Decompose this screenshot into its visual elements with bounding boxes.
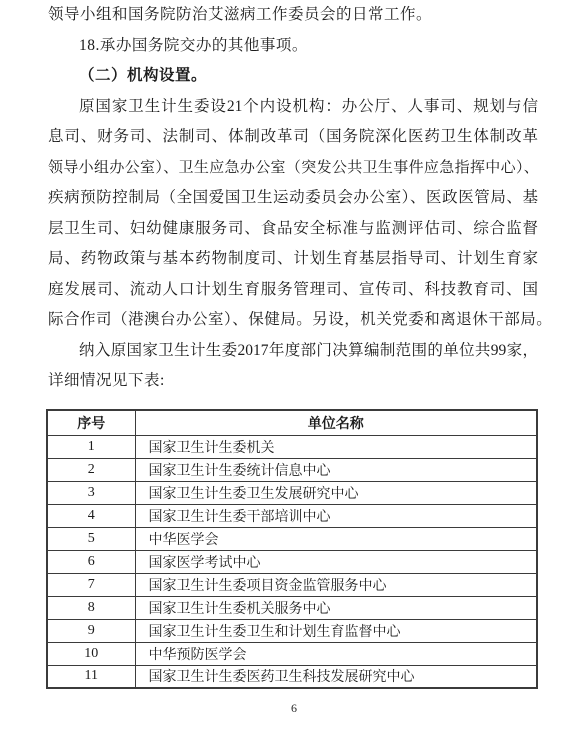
row-serial: 2 (47, 458, 135, 481)
row-serial: 6 (47, 550, 135, 573)
paragraph-line: 领导小组办公室）、卫生应急办公室（突发公共卫生事件应急指挥中心）、 (48, 153, 538, 184)
paragraph-line: 际合作司（港澳台办公室）、保健局。另设，机关党委和离退休干部局。 (48, 305, 538, 336)
row-unit-name: 国家卫生计生委机关服务中心 (135, 596, 537, 619)
row-unit-name: 国家卫生计生委卫生发展研究中心 (135, 481, 537, 504)
row-serial: 10 (47, 642, 135, 665)
row-serial: 8 (47, 596, 135, 619)
table-row: 11 国家卫生计生委医药卫生科技发展研究中心 (47, 665, 537, 688)
row-unit-name: 国家卫生计生委卫生和计划生育监督中心 (135, 619, 537, 642)
row-unit-name: 国家卫生计生委干部培训中心 (135, 504, 537, 527)
row-serial: 3 (47, 481, 135, 504)
units-table: 序号 单位名称 1 国家卫生计生委机关 2 国家卫生计生委统计信息中心 3 国家… (46, 409, 538, 689)
row-serial: 5 (47, 527, 135, 550)
row-unit-name: 中华医学会 (135, 527, 537, 550)
table-header-row: 序号 单位名称 (47, 410, 537, 435)
table-row: 9 国家卫生计生委卫生和计划生育监督中心 (47, 619, 537, 642)
paragraph-line: 层卫生司、妇幼健康服务司、食品安全标准与监测评估司、综合监督 (48, 214, 538, 245)
row-unit-name: 国家卫生计生委项目资金监管服务中心 (135, 573, 537, 596)
table-row: 8 国家卫生计生委机关服务中心 (47, 596, 537, 619)
row-serial: 1 (47, 435, 135, 458)
paragraph-line: 纳入原国家卫生计生委2017年度部门决算编制范围的单位共99家， (48, 336, 538, 367)
table-row: 1 国家卫生计生委机关 (47, 435, 537, 458)
row-serial: 4 (47, 504, 135, 527)
row-serial: 11 (47, 665, 135, 688)
table-row: 4 国家卫生计生委干部培训中心 (47, 504, 537, 527)
row-unit-name: 中华预防医学会 (135, 642, 537, 665)
paragraph-line: 领导小组和国务院防治艾滋病工作委员会的日常工作。 (48, 0, 538, 31)
row-unit-name: 国家医学考试中心 (135, 550, 537, 573)
column-header-serial: 序号 (47, 410, 135, 435)
table-row: 2 国家卫生计生委统计信息中心 (47, 458, 537, 481)
paragraph-line: 息司、财务司、法制司、体制改革司（国务院深化医药卫生体制改革 (48, 122, 538, 153)
row-serial: 9 (47, 619, 135, 642)
paragraph-line: 疾病预防控制局（全国爱国卫生运动委员会办公室）、医政医管局、基 (48, 183, 538, 214)
paragraph-line: 原国家卫生计生委设21个内设机构：办公厅、人事司、规划与信 (48, 92, 538, 123)
document-body: 领导小组和国务院防治艾滋病工作委员会的日常工作。 18.承办国务院交办的其他事项… (48, 0, 538, 397)
table-row: 5 中华医学会 (47, 527, 537, 550)
row-unit-name: 国家卫生计生委医药卫生科技发展研究中心 (135, 665, 537, 688)
table-row: 7 国家卫生计生委项目资金监管服务中心 (47, 573, 537, 596)
paragraph-line: 18.承办国务院交办的其他事项。 (48, 31, 538, 62)
page-number: 6 (0, 701, 588, 715)
table-row: 6 国家医学考试中心 (47, 550, 537, 573)
paragraph-line: 庭发展司、流动人口计划生育服务管理司、宣传司、科技教育司、国 (48, 275, 538, 306)
paragraph-line: 局、药物政策与基本药物制度司、计划生育基层指导司、计划生育家 (48, 244, 538, 275)
table-row: 10 中华预防医学会 (47, 642, 537, 665)
paragraph-line: 详细情况见下表: (48, 366, 538, 397)
table-row: 3 国家卫生计生委卫生发展研究中心 (47, 481, 537, 504)
row-serial: 7 (47, 573, 135, 596)
row-unit-name: 国家卫生计生委机关 (135, 435, 537, 458)
column-header-unit-name: 单位名称 (135, 410, 537, 435)
row-unit-name: 国家卫生计生委统计信息中心 (135, 458, 537, 481)
document-page: 领导小组和国务院防治艾滋病工作委员会的日常工作。 18.承办国务院交办的其他事项… (0, 0, 588, 744)
section-heading: （二）机构设置。 (48, 61, 538, 92)
